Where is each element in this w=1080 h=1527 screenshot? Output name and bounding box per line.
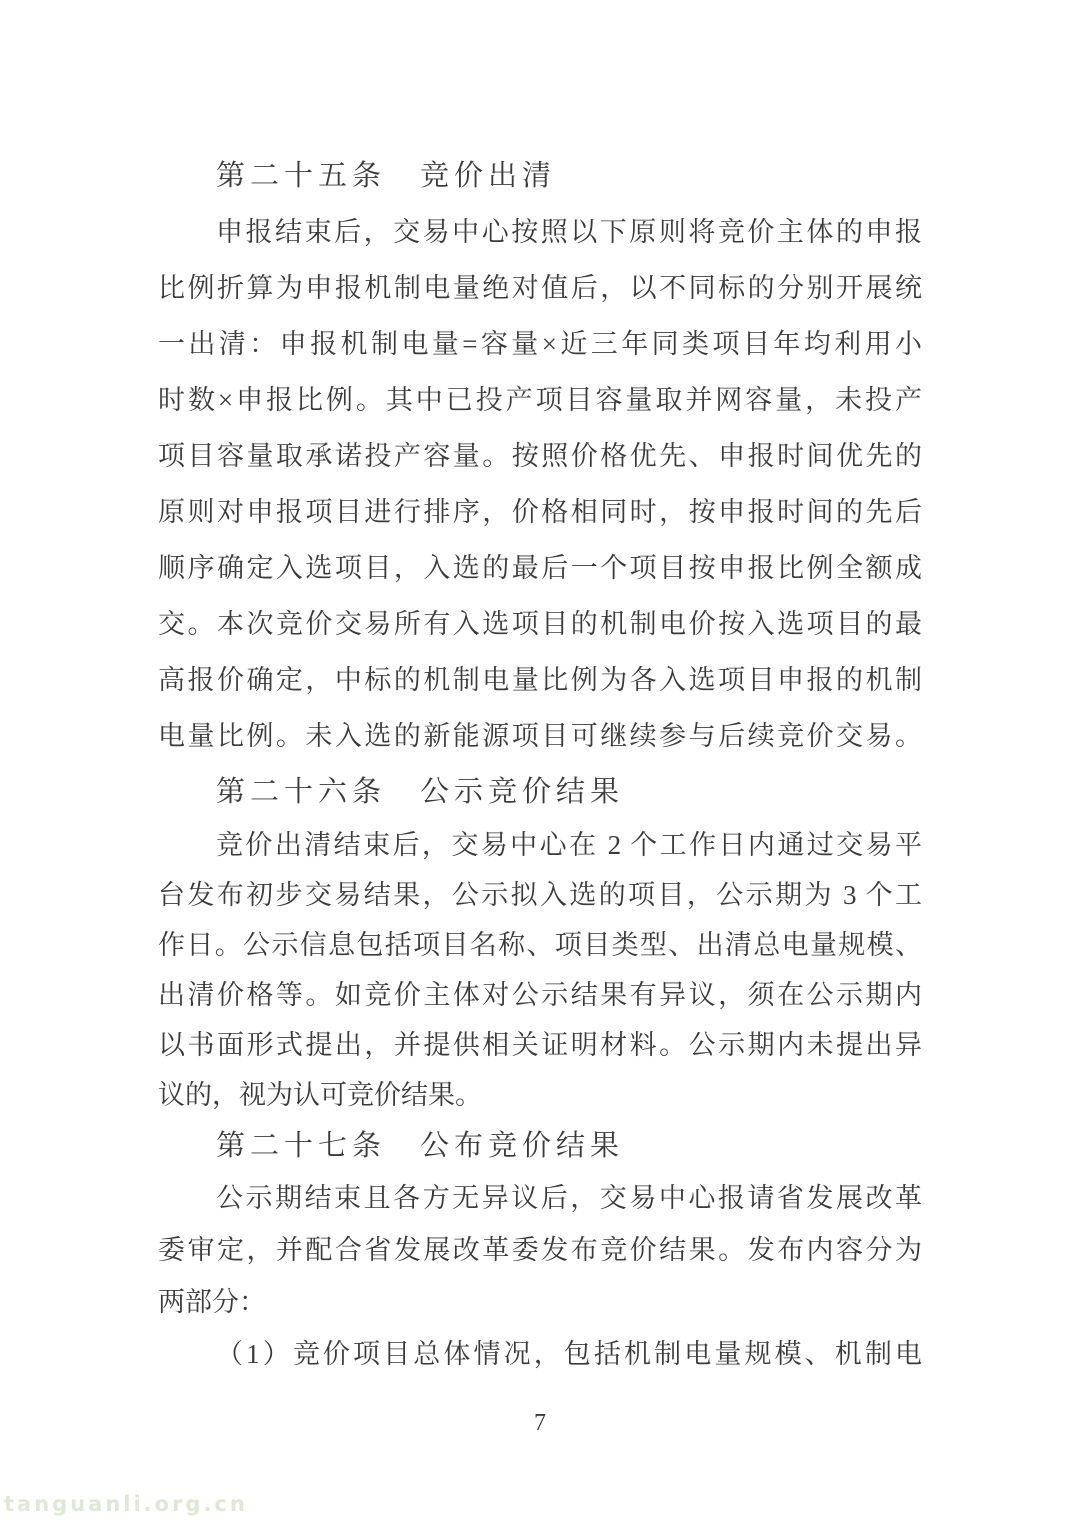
body-line: 时数×申报比例。其中已投产项目容量取并网容量，未投产 xyxy=(158,372,922,428)
document-text-area: 第二十五条 竞价出清 申报结束后，交易中心按照以下原则将竞价主体的申报 比例折算… xyxy=(158,148,922,1380)
clause-27-body: 公示期结束且各方无异议后，交易中心报请省发展改革 委审定，并配合省发展改革委发布… xyxy=(158,1172,922,1328)
clause-27-heading: 第二十七条 公布竞价结果 xyxy=(158,1120,922,1172)
body-line: 电量比例。未入选的新能源项目可继续参与后续竞价交易。 xyxy=(158,708,922,764)
document-page: 第二十五条 竞价出清 申报结束后，交易中心按照以下原则将竞价主体的申报 比例折算… xyxy=(0,0,1080,1527)
body-line: 两部分： xyxy=(158,1276,922,1328)
body-line: 原则对申报项目进行排序，价格相同时，按申报时间的先后 xyxy=(158,484,922,540)
body-line: 项目容量取承诺投产容量。按照价格优先、申报时间优先的 xyxy=(158,428,922,484)
body-line: 比例折算为申报机制电量绝对值后，以不同标的分别开展统 xyxy=(158,260,922,316)
site-watermark: tanguanli.org.cn xyxy=(4,1492,248,1516)
clause-27-list-item-1: （1）竞价项目总体情况，包括机制电量规模、机制电 xyxy=(158,1328,922,1380)
body-line: 公示期结束且各方无异议后，交易中心报请省发展改革 xyxy=(158,1172,922,1224)
body-line: 作日。公示信息包括项目名称、项目类型、出清总电量规模、 xyxy=(158,920,922,970)
page-number: 7 xyxy=(0,1408,1080,1438)
clause-25-body: 申报结束后，交易中心按照以下原则将竞价主体的申报 比例折算为申报机制电量绝对值后… xyxy=(158,204,922,764)
body-line: （1）竞价项目总体情况，包括机制电量规模、机制电 xyxy=(158,1328,922,1380)
body-line: 以书面形式提出，并提供相关证明材料。公示期内未提出异 xyxy=(158,1020,922,1070)
clause-25-heading: 第二十五条 竞价出清 xyxy=(158,148,922,204)
body-line: 交。本次竞价交易所有入选项目的机制电价按入选项目的最 xyxy=(158,596,922,652)
body-line: 一出清：申报机制电量=容量×近三年同类项目年均利用小 xyxy=(158,316,922,372)
clause-26-heading: 第二十六条 公示竞价结果 xyxy=(158,764,922,820)
body-line: 顺序确定入选项目，入选的最后一个项目按申报比例全额成 xyxy=(158,540,922,596)
clause-26-body: 竞价出清结束后，交易中心在 2 个工作日内通过交易平 台发布初步交易结果，公示拟… xyxy=(158,820,922,1120)
body-line: 申报结束后，交易中心按照以下原则将竞价主体的申报 xyxy=(158,204,922,260)
body-line: 委审定，并配合省发展改革委发布竞价结果。发布内容分为 xyxy=(158,1224,922,1276)
body-line: 台发布初步交易结果，公示拟入选的项目，公示期为 3 个工 xyxy=(158,870,922,920)
body-line: 高报价确定，中标的机制电量比例为各入选项目申报的机制 xyxy=(158,652,922,708)
body-line: 竞价出清结束后，交易中心在 2 个工作日内通过交易平 xyxy=(158,820,922,870)
body-line: 议的，视为认可竞价结果。 xyxy=(158,1070,922,1120)
body-line: 出清价格等。如竞价主体对公示结果有异议，须在公示期内 xyxy=(158,970,922,1020)
